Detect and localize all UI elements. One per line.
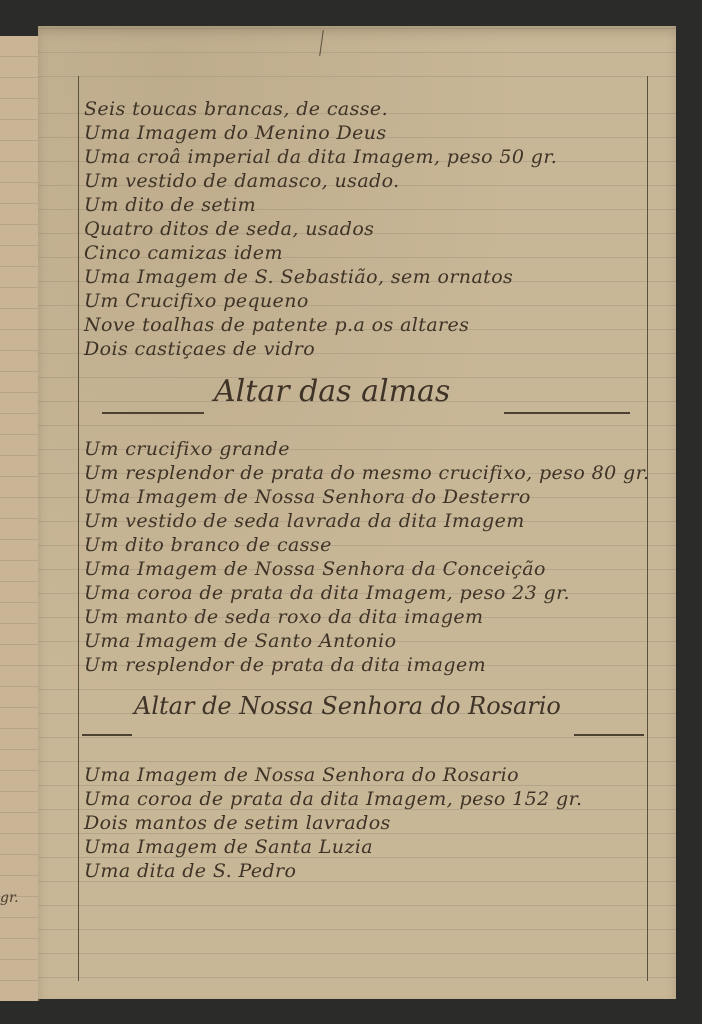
inventory-line: Um dito branco de casse — [84, 534, 332, 556]
inventory-line: Um dito de setim — [84, 194, 256, 216]
heading-rule-left — [82, 734, 132, 736]
heading-rule-right — [574, 734, 644, 736]
inventory-line: Um crucifixo grande — [84, 438, 290, 460]
inventory-line: Um Crucifixo pequeno — [84, 290, 309, 312]
previous-page-edge: gr. — [0, 36, 40, 1001]
inventory-line: Uma dita de S. Pedro — [84, 860, 296, 882]
inventory-line: Uma Imagem de Nossa Senhora do Desterro — [84, 486, 531, 508]
inventory-line: Nove toalhas de patente p.a os altares — [84, 314, 469, 336]
heading-rule-left — [102, 412, 204, 414]
inventory-line: Seis toucas brancas, de casse. — [84, 98, 388, 120]
margin-mark: gr. — [0, 890, 19, 906]
section-heading-altar-rosario: Altar de Nossa Senhora do Rosario — [134, 692, 561, 720]
inventory-line: Uma Imagem de Nossa Senhora da Conceição — [84, 558, 546, 580]
inventory-line: Um resplendor de prata da dita imagem — [84, 654, 486, 676]
inventory-line: Uma Imagem do Menino Deus — [84, 122, 387, 144]
inventory-line: Dois castiçaes de vidro — [84, 338, 315, 360]
inventory-line: Uma Imagem de Nossa Senhora do Rosario — [84, 764, 519, 786]
inventory-line: Um resplendor de prata do mesmo crucifix… — [84, 462, 649, 484]
inventory-line: Uma coroa de prata da dita Imagem, peso … — [84, 788, 582, 810]
manuscript-page: Seis toucas brancas, de casse. Uma Image… — [38, 26, 676, 999]
inventory-line: Uma coroa de prata da dita Imagem, peso … — [84, 582, 570, 604]
paper-crease — [319, 30, 324, 56]
inventory-line: Cinco camizas idem — [84, 242, 283, 264]
left-margin-rule — [78, 76, 79, 981]
inventory-line: Dois mantos de setim lavrados — [84, 812, 391, 834]
inventory-line: Uma Imagem de S. Sebastião, sem ornatos — [84, 266, 513, 288]
inventory-line: Uma croâ imperial da dita Imagem, peso 5… — [84, 146, 557, 168]
right-margin-rule — [647, 76, 648, 981]
section-heading-altar-das-almas: Altar das almas — [214, 374, 450, 409]
inventory-line: Um manto de seda roxo da dita imagem — [84, 606, 483, 628]
heading-rule-right — [504, 412, 630, 414]
inventory-line: Um vestido de damasco, usado. — [84, 170, 400, 192]
inventory-line: Um vestido de seda lavrada da dita Image… — [84, 510, 525, 532]
inventory-line: Uma Imagem de Santa Luzia — [84, 836, 373, 858]
inventory-line: Uma Imagem de Santo Antonio — [84, 630, 396, 652]
inventory-line: Quatro ditos de seda, usados — [84, 218, 374, 240]
